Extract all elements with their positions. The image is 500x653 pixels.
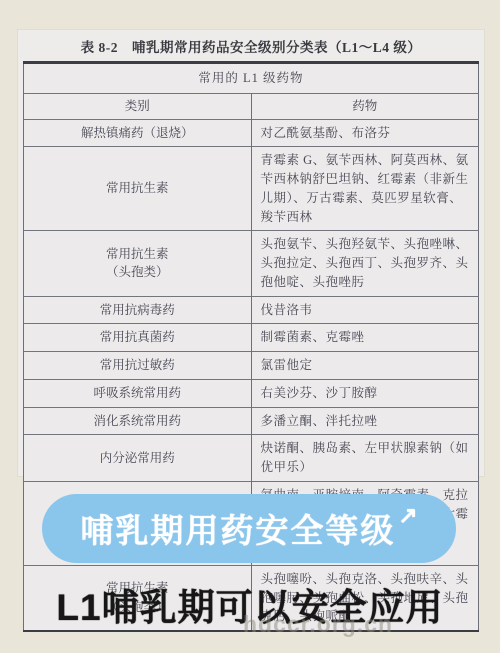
- table-caption: 表 8-2 哺乳期常用药品安全级别分类表（L1～L4 级）: [18, 30, 484, 61]
- pill-label: 哺乳期用药安全等级: [80, 505, 395, 552]
- section-header-row: 常用的 L1 级药物: [24, 63, 479, 94]
- category-cell: 常用抗过敏药: [24, 352, 252, 380]
- drugs-cell: 制霉菌素、克霉唑: [251, 324, 479, 352]
- safety-level-pill-banner[interactable]: 哺乳期用药安全等级 ↗: [42, 494, 456, 563]
- drugs-cell: 多潘立酮、泮托拉唑: [251, 407, 479, 435]
- category-cell: 常用抗生素: [24, 147, 252, 231]
- category-cell: 呼吸系统常用药: [24, 379, 252, 407]
- table-row: 呼吸系统常用药 右美沙芬、沙丁胺醇: [24, 379, 479, 407]
- category-cell: 常用抗病毒药: [24, 296, 252, 324]
- drugs-cell: 头孢氨苄、头孢羟氨苄、头孢唑啉、头孢拉定、头孢西丁、头孢罗齐、头孢他啶、头孢唑肟: [251, 231, 479, 296]
- drugs-cell: 青霉素 G、氨苄西林、阿莫西林、氨苄西林钠舒巴坦钠、红霉素（非新生儿期）、万古霉…: [251, 147, 479, 231]
- drugs-cell: 伐昔洛韦: [251, 296, 479, 324]
- category-cell: 消化系统常用药: [24, 407, 252, 435]
- table-row: 常用抗生素 （头孢类） 头孢氨苄、头孢羟氨苄、头孢唑啉、头孢拉定、头孢西丁、头孢…: [24, 231, 479, 296]
- column-header-row: 类别 药物: [24, 93, 479, 119]
- table-row: 常用抗病毒药 伐昔洛韦: [24, 296, 479, 324]
- table-row: 常用抗真菌药 制霉菌素、克霉唑: [24, 324, 479, 352]
- column-header-category: 类别: [24, 93, 252, 119]
- table-row: 内分泌常用药 炔诺酮、胰岛素、左甲状腺素钠（如优甲乐）: [24, 435, 479, 482]
- table-row: 常用抗生素 青霉素 G、氨苄西林、阿莫西林、氨苄西林钠舒巴坦钠、红霉素（非新生儿…: [24, 147, 479, 231]
- table-row: 常用抗过敏药 氯雷他定: [24, 352, 479, 380]
- section-header: 常用的 L1 级药物: [24, 63, 479, 94]
- watermark-text: hdccr.org.cn: [243, 611, 393, 638]
- table-row: 消化系统常用药 多潘立酮、泮托拉唑: [24, 407, 479, 435]
- book-page-panel: 表 8-2 哺乳期常用药品安全级别分类表（L1～L4 级） 常用的 L1 级药物…: [18, 30, 484, 476]
- category-cell: 常用抗真菌药: [24, 324, 252, 352]
- drugs-cell: 炔诺酮、胰岛素、左甲状腺素钠（如优甲乐）: [251, 435, 479, 482]
- drugs-cell: 对乙酰氨基酚、布洛芬: [251, 119, 479, 147]
- drugs-cell: 氯雷他定: [251, 352, 479, 380]
- column-header-drugs: 药物: [251, 93, 479, 119]
- category-cell: 解热镇痛药（退烧）: [24, 119, 252, 147]
- category-cell: 内分泌常用药: [24, 435, 252, 482]
- drugs-cell: 右美沙芬、沙丁胺醇: [251, 379, 479, 407]
- table-row: 解热镇痛药（退烧） 对乙酰氨基酚、布洛芬: [24, 119, 479, 147]
- category-cell: 常用抗生素 （头孢类）: [24, 231, 252, 296]
- arrow-up-right-icon: ↗: [398, 502, 417, 529]
